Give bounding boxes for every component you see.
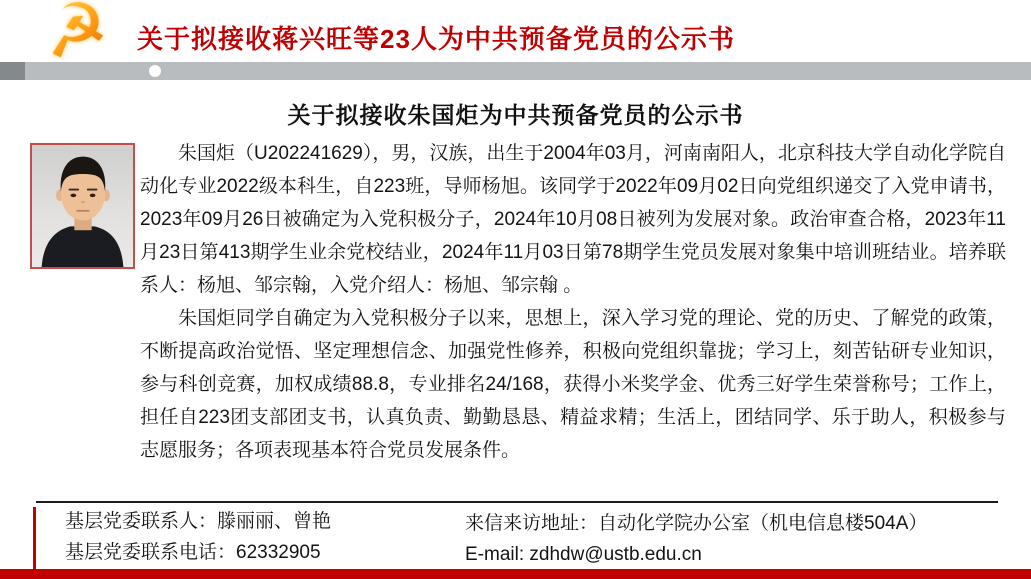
footer-contact-right: 来信来访地址：自动化学院办公室（机电信息楼504A） E-mail: zdhdw… [465,508,927,570]
footer-separator-line [36,501,998,503]
bottom-accent-bar [0,569,1031,579]
notice-title: 关于拟接收朱国炬为中共预备党员的公示书 [0,97,1031,130]
committee-contact-phone: 基层党委联系电话：62332905 [65,537,331,568]
footer-red-accent-line [33,507,36,569]
page-title: 关于拟接收蒋兴旺等23人为中共预备党员的公示书 [137,19,735,56]
divider-left-block [0,62,25,80]
notice-page: ☭ 关于拟接收蒋兴旺等23人为中共预备党员的公示书 关于拟接收朱国炬为中共预备党… [0,0,1031,579]
visit-address: 来信来访地址：自动化学院办公室（机电信息楼504A） [465,508,927,539]
portrait-graphic [32,145,133,267]
paragraph-1: 朱国炬（U202241629），男，汉族，出生于2004年03月，河南南阳人，北… [140,137,1006,302]
paragraph-2: 朱国炬同学自确定为入党积极分子以来，思想上，深入学习党的理论、党的历史、了解党的… [140,302,1006,467]
footer-contact-left: 基层党委联系人：滕丽丽、曾艳 基层党委联系电话：62332905 [65,506,331,568]
applicant-photo [30,143,135,269]
divider-dot-icon [149,65,161,77]
email-address: E-mail: zdhdw@ustb.edu.cn [465,539,927,570]
committee-contact-person: 基层党委联系人：滕丽丽、曾艳 [65,506,331,537]
header-divider-bar [0,62,1031,80]
notice-body: 朱国炬（U202241629），男，汉族，出生于2004年03月，河南南阳人，北… [140,137,1006,467]
